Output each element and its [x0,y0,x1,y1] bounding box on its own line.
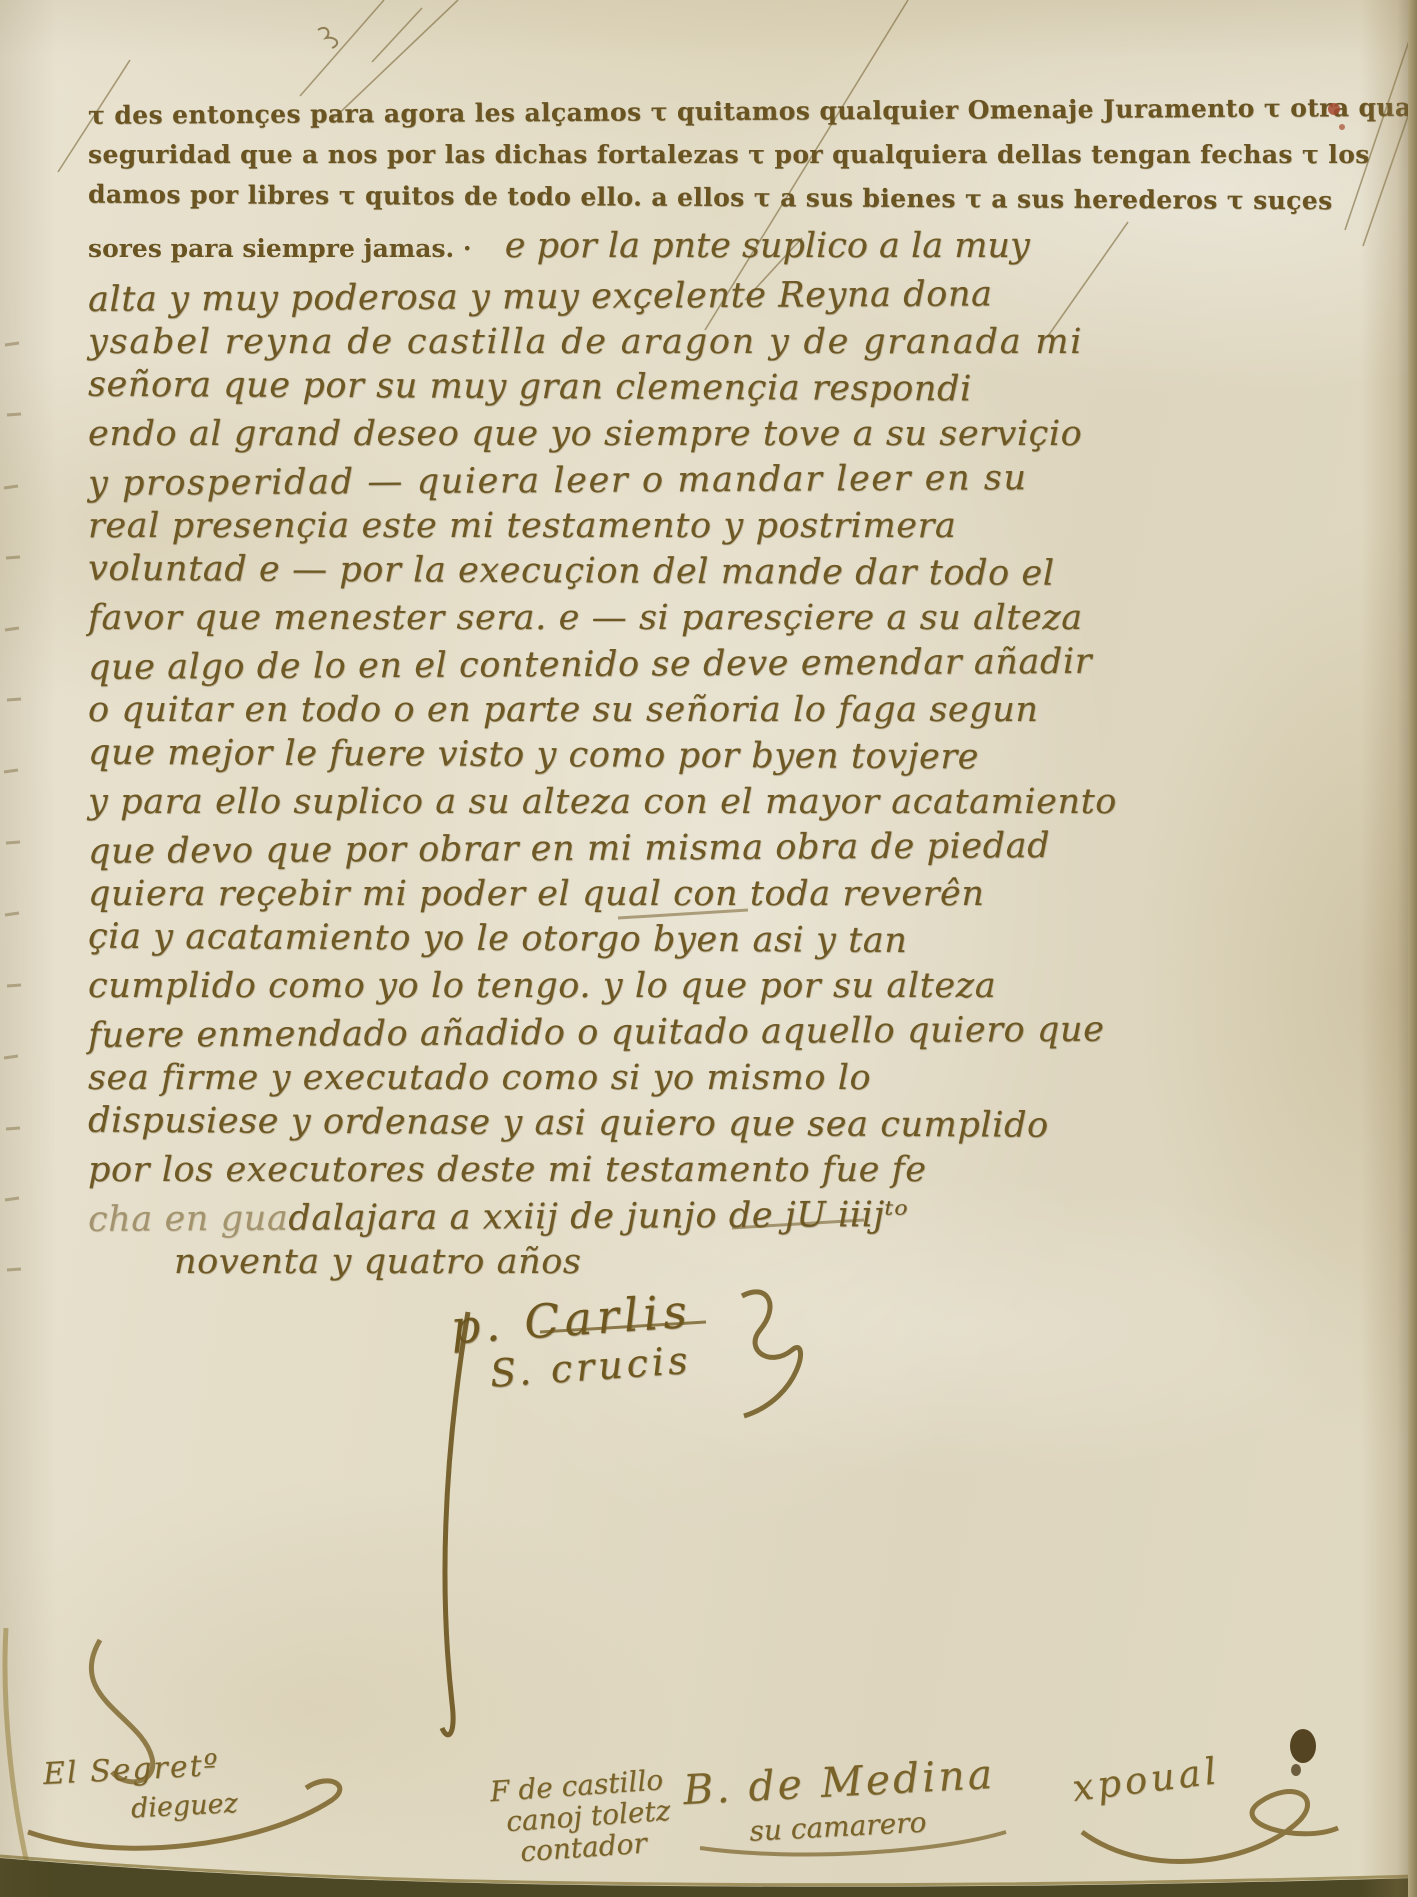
table-edge-highlight [0,1856,1417,1885]
date-line-rest: dalajara a xxiij de junjo de jU iiijᵗᵒ [288,1195,908,1239]
manuscript-line: cumplido como yo lo tengo. y lo que por … [88,963,1358,1009]
manuscript-line: que devo que por obrar en mi misma obra … [88,821,1358,875]
manuscript-line: voluntad e — por la execuçion del mande … [88,546,1358,599]
top-margin-scribble [318,28,337,48]
binding-gutter-edge [1408,0,1417,1897]
witness-name: El Segretº [42,1747,236,1792]
manuscript-line: τ des entonçes para agora les alçamos τ … [88,86,1358,137]
witness-signature-xpoual: xpoual [1070,1749,1223,1810]
manuscript-line: ysabel reyna de castilla de aragon y de … [88,319,1358,365]
manuscript-line: y prosperidad — quiera leer o mandar lee… [88,453,1358,507]
manuscript-line: sea firme y executado como si yo mismo l… [88,1055,1358,1101]
date-line: cha en guadalajara a xxiij de junjo de j… [88,1189,1358,1243]
signature-rubric [742,1292,801,1416]
manuscript-text: τ des entonçes para agora les alçamos τ … [88,90,1358,1285]
manuscript-line: señora que por su muy gran clemençia res… [88,362,1358,415]
manuscript-line: dispusiese y ordenase y asi quiero que s… [88,1098,1358,1151]
witness-name: xpoual [1070,1749,1223,1810]
manuscript-line-small-part: sores para siempre jamas. · [88,234,472,263]
manuscript-line: quiera reçebir mi poder el qual con toda… [88,871,1358,917]
manuscript-line: por los executores deste mi testamento f… [88,1147,1358,1193]
manuscript-line-large-part: e por la pnte suplico a la muy [505,226,1030,266]
witness-signature-left: El Segretº dieguez [42,1747,238,1829]
left-margin-stitch-marks [4,343,21,1270]
manuscript-line: fuere enmendado añadido o quitado aquell… [88,1005,1358,1059]
manuscript-transition-line: sores para siempre jamas. · e por la pnt… [88,219,1358,273]
manuscript-line: damos por libres τ quitos de todo ello. … [88,173,1358,223]
manuscript-line: çia y acatamiento yo le otorgo byen asi … [88,914,1358,967]
curled-page-edge [5,1628,34,1893]
manuscript-line: o quitar en todo o en parte su señoria l… [88,687,1358,733]
manuscript-line: favor que menester sera. e — si paresçie… [88,595,1358,641]
witness-signature-castillo: F de castillo canoj toletz contador [489,1764,674,1869]
parchment-page: τ des entonçes para agora les alçamos τ … [0,0,1417,1897]
table-edge-strip [0,1858,1417,1897]
date-line-faint-part: cha en gua [88,1199,289,1240]
ink-blot-small [1291,1764,1301,1776]
manuscript-line: real presençia este mi testamento y post… [88,503,1358,549]
ink-blot [1290,1729,1316,1763]
manuscript-line: alta y muy poderosa y muy exçelente Reyn… [88,269,1358,323]
manuscript-line: seguridad que a nos por las dichas forta… [88,133,1358,176]
manuscript-line: que algo de lo en el contenido se deve e… [88,637,1358,691]
manuscript-line: que mejor le fuere visto y como por byen… [88,730,1358,783]
manuscript-line: y para ello suplico a su alteza con el m… [88,779,1358,825]
manuscript-line: endo al grand deseo que yo siempre tove … [88,411,1358,457]
year-line: noventa y quatro años [174,1239,1358,1285]
cardinal-signature: p. Carlis S. crucis [449,1284,697,1399]
witness-signature-medina: B. de Medina su camarero [682,1750,998,1851]
witness-name-line2: dieguez [130,1788,238,1825]
